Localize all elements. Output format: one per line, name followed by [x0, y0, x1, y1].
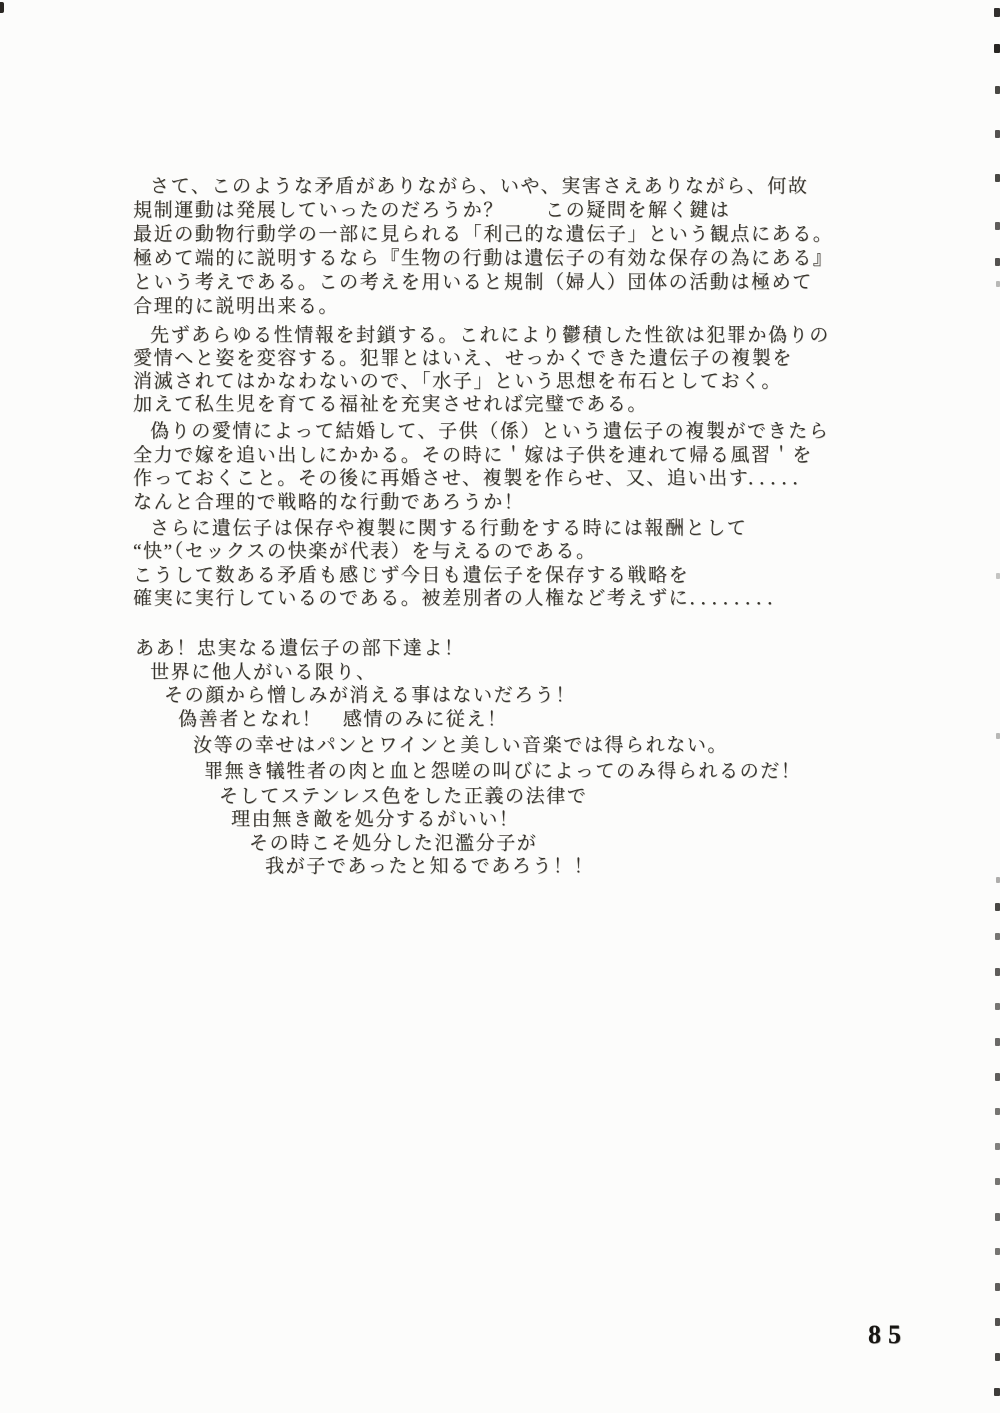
text-line: 規制運動は発展していったのだろうか？ この疑問を解く鍵は: [133, 200, 730, 222]
scan-artifact: [995, 1248, 1000, 1255]
poem-line: そしてステンレス色をした正義の法律で: [219, 786, 587, 808]
scan-artifact: [995, 1038, 1000, 1046]
scan-artifact: [995, 1283, 1000, 1291]
scan-artifact: [995, 222, 1000, 230]
scan-artifact-corner: [0, 2, 4, 13]
poem-line: 理由無き敵を処分するがいい！: [231, 809, 519, 831]
scan-artifact: [995, 1318, 1000, 1326]
text-line: 加えて私生児を育てる福祉を充実させれば完璧である。: [133, 394, 648, 416]
scan-artifact: [994, 44, 1000, 53]
scan-artifact: [995, 968, 1000, 976]
text-line: こうして数ある矛盾も感じず今日も遺伝子を保存する戦略を: [133, 565, 689, 587]
poem-line: 汝等の幸せはパンとワインと美しい音楽では得られない。: [193, 735, 728, 757]
text-line: 最近の動物行動学の一部に見られる「利己的な遺伝子」という観点にある。: [133, 224, 833, 246]
scan-artifact: [995, 174, 1000, 182]
poem-line: 我が子であったと知るであろう！！: [265, 856, 594, 878]
scan-artifact: [995, 130, 1000, 138]
text-line: 合理的に説明出来る。: [133, 296, 339, 318]
page-number: 85: [868, 1320, 908, 1350]
scan-artifact: [996, 281, 1000, 287]
scan-artifact: [995, 1353, 1000, 1361]
scan-artifact: [996, 877, 1000, 883]
text-line: 作っておくこと。その後に再婚させ、複製を作らせ、又、追い出す．．．．．: [133, 468, 813, 490]
scan-artifact: [995, 1213, 1000, 1221]
text-line: 全力で嫁を追い出しにかかる。その時に＇嫁は子供を連れて帰る風習＇を: [133, 445, 813, 467]
scan-artifact: [995, 1108, 1000, 1115]
text-line: 偽りの愛情によって結婚して、子供（係）という遺伝子の複製ができたら: [150, 421, 829, 443]
text-line: なんと合理的で戦略的な行動であろうか！: [133, 492, 524, 514]
scan-artifact: [995, 1073, 1000, 1081]
scan-artifact: [995, 1003, 1000, 1010]
scan-artifact: [994, 1388, 1000, 1396]
text-line: 極めて端的に説明するなら『生物の行動は遺伝子の有効な保存の為にある』: [133, 248, 833, 270]
poem-line: 世界に他人がいる限り、: [150, 662, 377, 684]
text-line: “快”（セックスの快楽が代表）を与えるのである。: [133, 541, 597, 563]
text-line: 愛情へと姿を変容する。犯罪とはいえ、せっかくできた遺伝子の複製を: [133, 348, 793, 370]
scan-artifact: [995, 1143, 1000, 1150]
poem-line: ああ！忠実なる遺伝子の部下達よ！: [135, 638, 465, 660]
scan-artifact: [995, 1178, 1000, 1185]
text-line: さて、このような矛盾がありながら、いや、実害さえありながら、何故: [150, 176, 808, 198]
text-line: という考えである。この考えを用いると規制（婦人）団体の活動は極めて: [133, 272, 813, 294]
scanned-page: さて、このような矛盾がありながら、いや、実害さえありながら、何故規制運動は発展し…: [0, 0, 1000, 1413]
text-line: 確実に実行しているのである。被差別者の人権など考えずに．．．．．．．．: [133, 588, 788, 610]
poem-line: 罪無き犠牲者の肉と血と怨嗟の叫びによってのみ得られるのだ！: [204, 761, 801, 783]
scan-artifact: [995, 86, 1000, 94]
scan-artifact: [996, 733, 1000, 739]
scan-artifact: [995, 258, 1000, 266]
scan-artifact: [994, 8, 1000, 17]
text-line: さらに遺伝子は保存や複製に関する行動をする時には報酬として: [150, 518, 747, 540]
scan-artifact: [996, 573, 1000, 579]
scan-artifact: [995, 933, 1000, 940]
scan-artifact: [995, 903, 1000, 911]
text-line: 先ずあらゆる性情報を封鎖する。これにより鬱積した性欲は犯罪か偽りの: [150, 325, 830, 347]
text-line: 消滅されてはかなわないので、「水子」という思想を布石としておく。: [133, 371, 782, 393]
poem-line: その時こそ処分した氾濫分子が: [249, 833, 537, 855]
poem-line: その顔から憎しみが消える事はないだろう！: [164, 685, 576, 707]
poem-line: 偽善者となれ！ 感情のみに従え！: [178, 709, 508, 731]
